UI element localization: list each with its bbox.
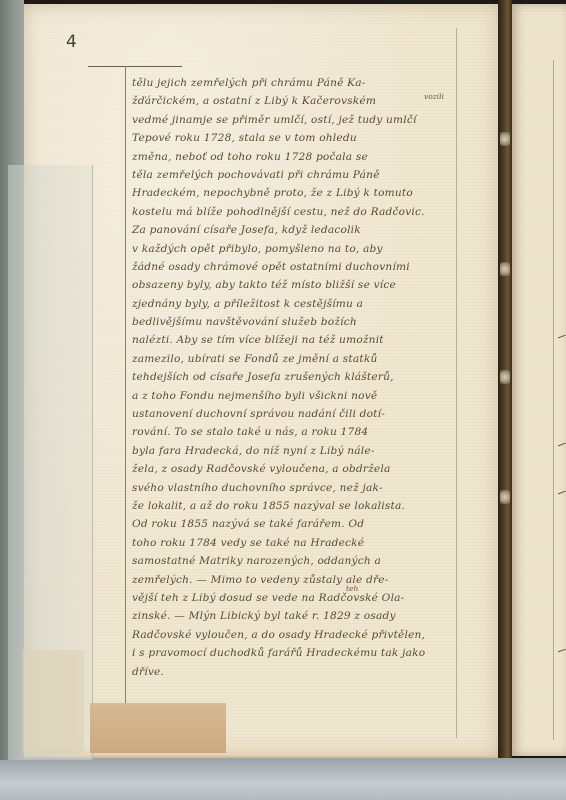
text-line: Hradeckém, nepochybně proto, že z Libý k… (132, 184, 452, 202)
scanner-bed (0, 758, 566, 800)
manuscript-page: 4 tělu jejich zemřelých při chrámu Páně … (24, 4, 498, 758)
text-line: zjednány byly, a příležitost k cestějším… (132, 295, 452, 313)
text-line: i s pravomocí duchodků farářů Hradeckému… (132, 644, 452, 662)
text-line: ustanovení duchovní správou nadání čili … (132, 405, 452, 423)
page-number: 4 (66, 32, 77, 52)
text-line: tehdejších od císaře Josefa zrušených kl… (132, 368, 452, 386)
binding-stitch (500, 370, 510, 384)
text-line: bedlivějšímu navštěvování služeb božích (132, 313, 452, 331)
text-line: že lokalit, a až do roku 1855 nazýval se… (132, 497, 452, 515)
text-line: kostelu má blíže pohodlnější cestu, než … (132, 203, 452, 221)
text-line: tělu jejich zemřelých při chrámu Páně Ka… (132, 74, 452, 92)
text-line: zinské. — Mlýn Libický byl také r. 1829 … (132, 607, 452, 625)
text-line: toho roku 1784 vedy se také na Hradecké (132, 534, 452, 552)
text-line: Za panování císaře Josefa, když ledacoli… (132, 221, 452, 239)
text-line: rování. To se stalo také u nás, a roku 1… (132, 423, 452, 441)
text-line: dříve. (132, 663, 452, 681)
interlinear-insertion: teh (346, 584, 358, 593)
text-line: nalézti. Aby se tím více blížeji na též … (132, 331, 452, 349)
text-line: obsazeny byly, aby takto též místo bližš… (132, 276, 452, 294)
margin-rule-horizontal (88, 66, 182, 67)
margin-rule-vertical (125, 66, 126, 706)
facing-page-rule (553, 60, 554, 740)
text-line: a z toho Fondu nejmenšího byli všickni n… (132, 387, 452, 405)
right-margin-rule (456, 28, 457, 738)
text-line: změna, neboť od toho roku 1728 počala se (132, 148, 452, 166)
text-line: žádné osady chrámové opět ostatními duch… (132, 258, 452, 276)
binding-stitch (500, 132, 510, 146)
text-line: byla fara Hradecká, do níž nyní z Libý n… (132, 442, 452, 460)
text-line: zemřelých. — Mimo to vedeny zůstaly ale … (132, 571, 452, 589)
repair-tape-patch (90, 703, 226, 753)
text-line: Radčovské vyloučen, a do osady Hradecké … (132, 626, 452, 644)
marginal-insertion: vozili (424, 92, 444, 101)
binding-stitch (500, 262, 510, 276)
text-line: žďárčickém, a ostatní z Libý k Kačerovsk… (132, 92, 452, 110)
text-line: vější teh z Libý dosud se vede na Radčov… (132, 589, 452, 607)
text-line: zamezilo, ubírati se Fondů ze jmění a st… (132, 350, 452, 368)
text-line: samostatné Matriky narozených, oddaných … (132, 552, 452, 570)
text-line: Od roku 1855 nazývá se také farářem. Od (132, 515, 452, 533)
text-line: vedmé jinamje se přiměr umlčí, ostí, jež… (132, 111, 452, 129)
text-line: Tepové roku 1728, stala se v tom ohledu (132, 129, 452, 147)
text-line: v každých opět přibylo, pomyšleno na to,… (132, 240, 452, 258)
text-line: těla zemřelých pochovávati při chrámu Pá… (132, 166, 452, 184)
binding-stitch (500, 490, 510, 504)
tissue-fold (22, 650, 84, 754)
handwritten-text-block: tělu jejich zemřelých při chrámu Páně Ka… (132, 74, 452, 681)
facing-page-edge (512, 4, 566, 756)
text-line: svého vlastního duchovního správce, než … (132, 479, 452, 497)
text-line: žela, z osady Radčovské vyloučena, a obd… (132, 460, 452, 478)
